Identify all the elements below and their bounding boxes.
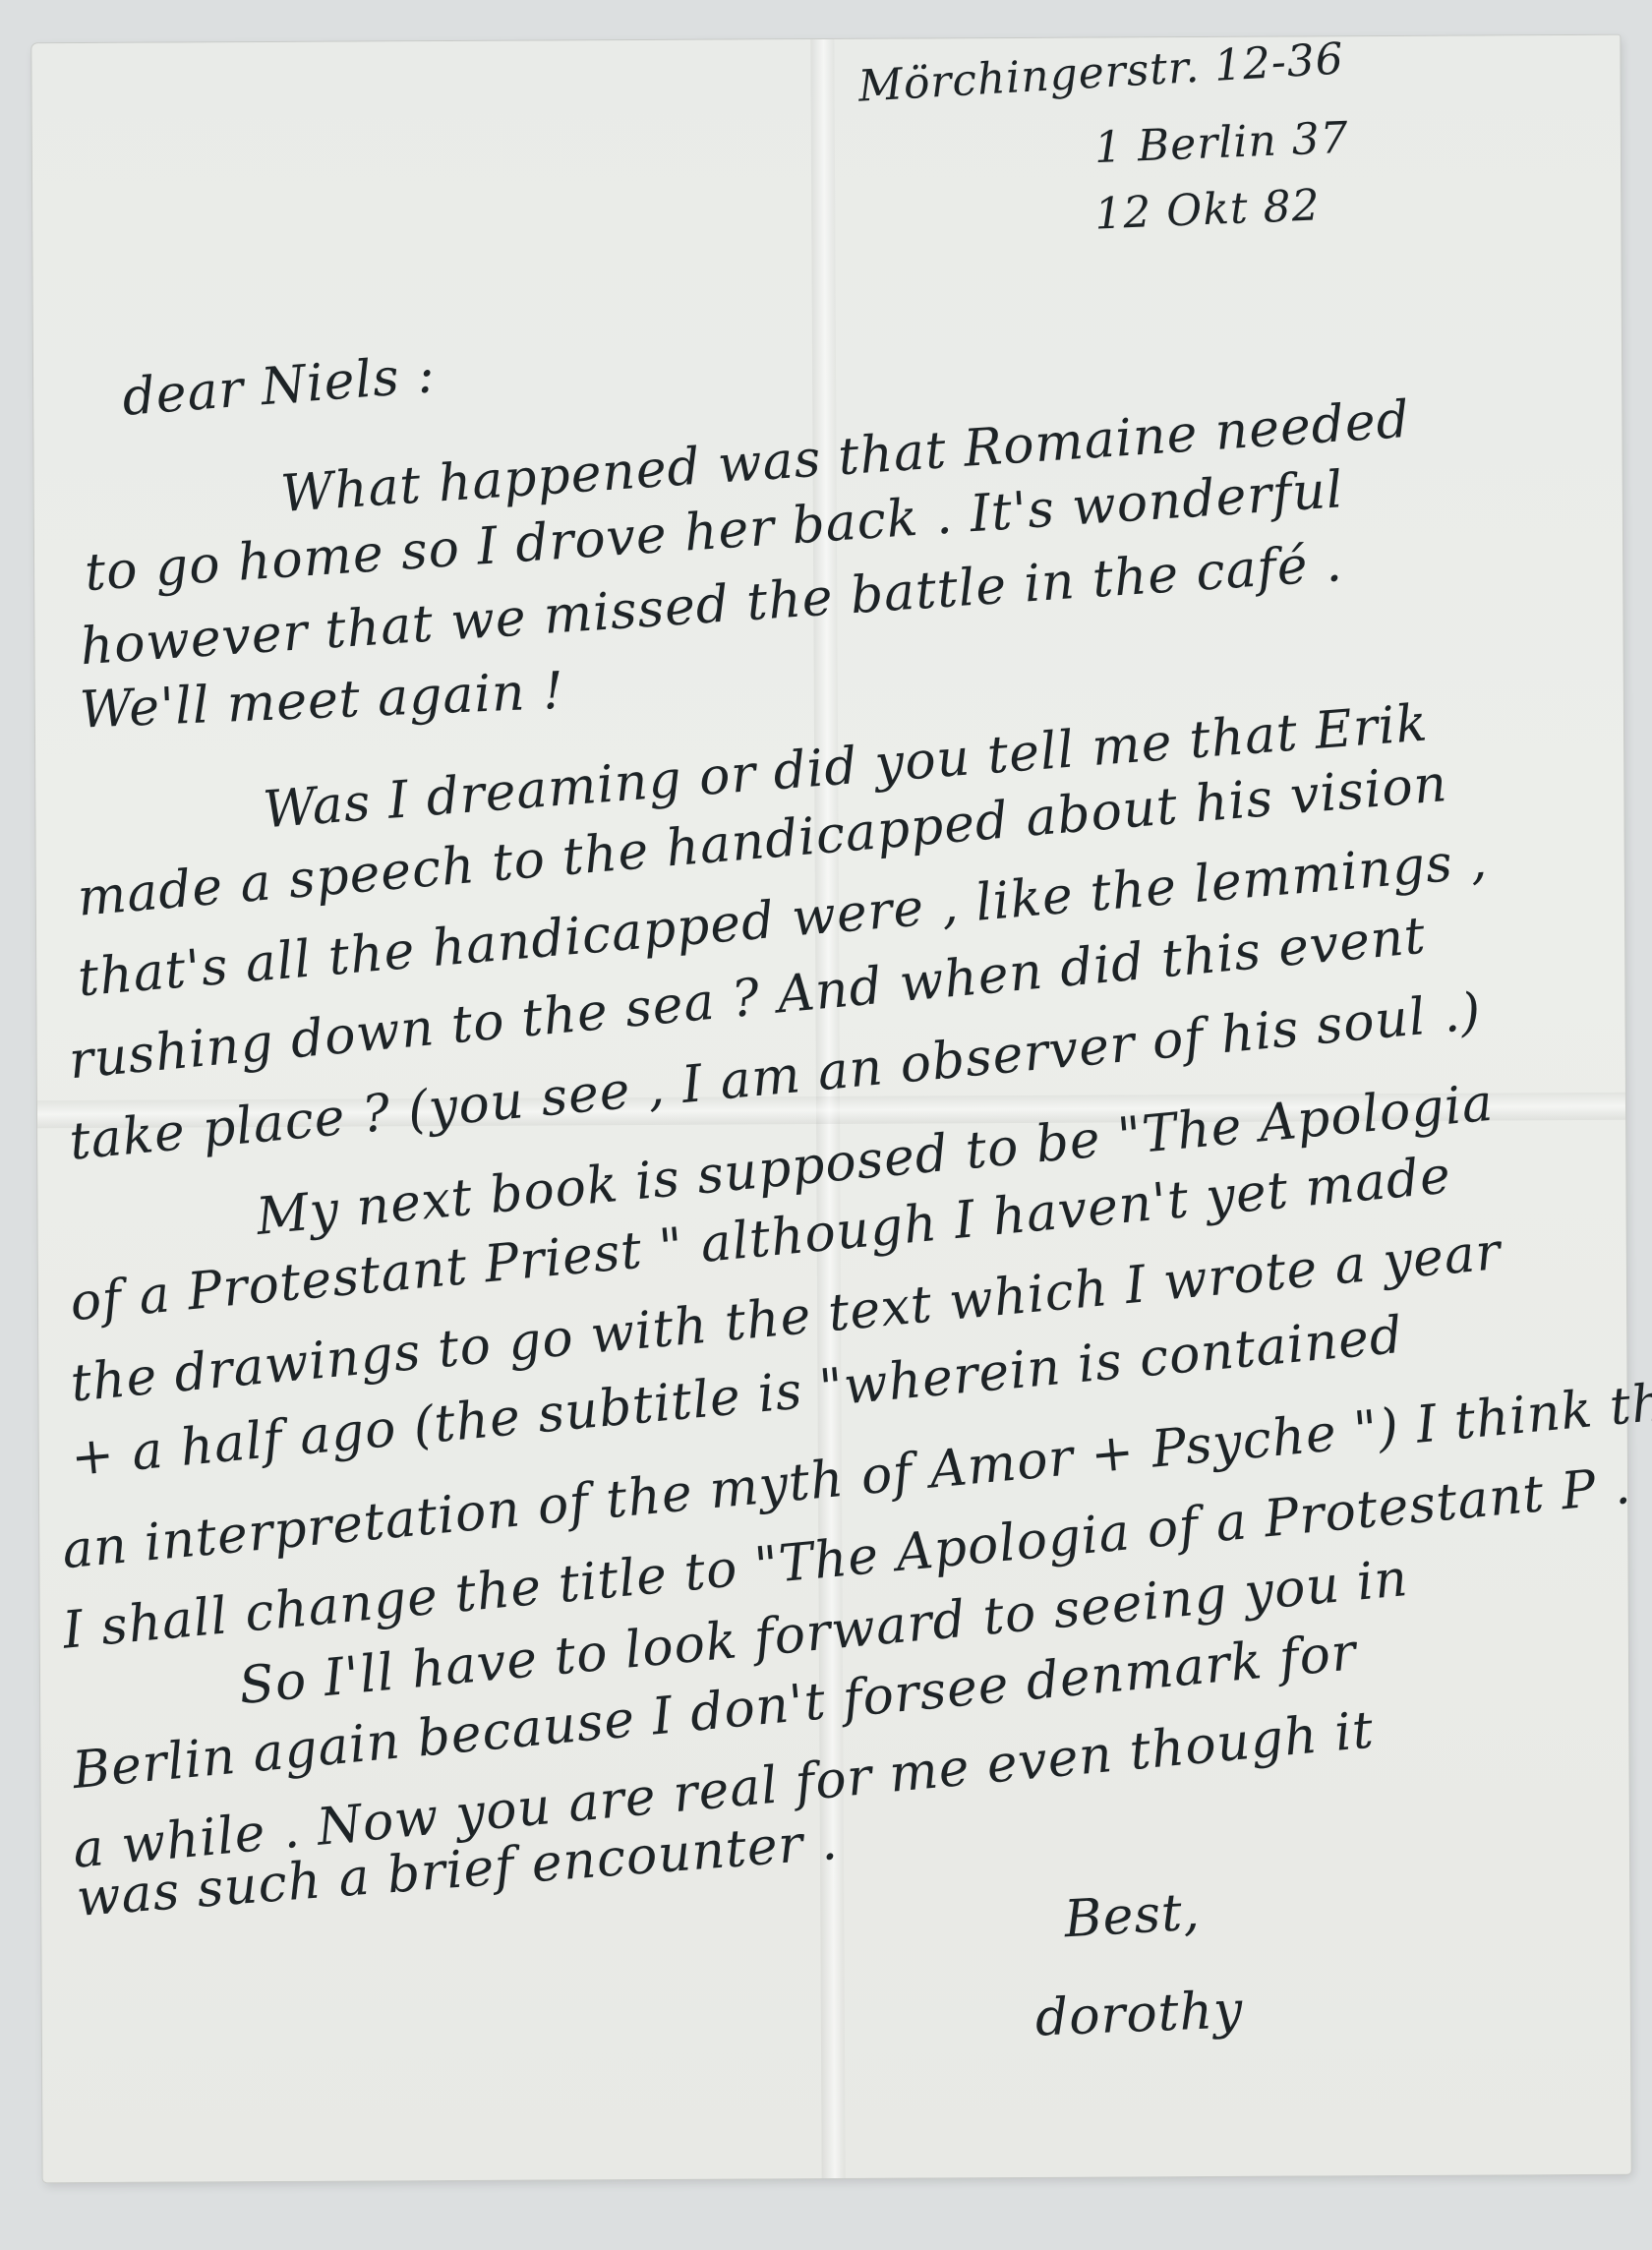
address-street: Mörchingerstr. 12-36 xyxy=(856,33,1345,111)
letter-date: 12 Okt 82 xyxy=(1093,180,1321,239)
closing: Best, xyxy=(1063,1882,1202,1949)
salutation: dear Niels : xyxy=(120,345,437,428)
address-city: 1 Berlin 37 xyxy=(1093,113,1350,173)
letter-line: We'll meet again ! xyxy=(79,662,565,740)
signature: dorothy xyxy=(1034,1981,1245,2047)
letter-paper: Mörchingerstr. 12-36 1 Berlin 37 12 Okt … xyxy=(31,35,1630,2182)
